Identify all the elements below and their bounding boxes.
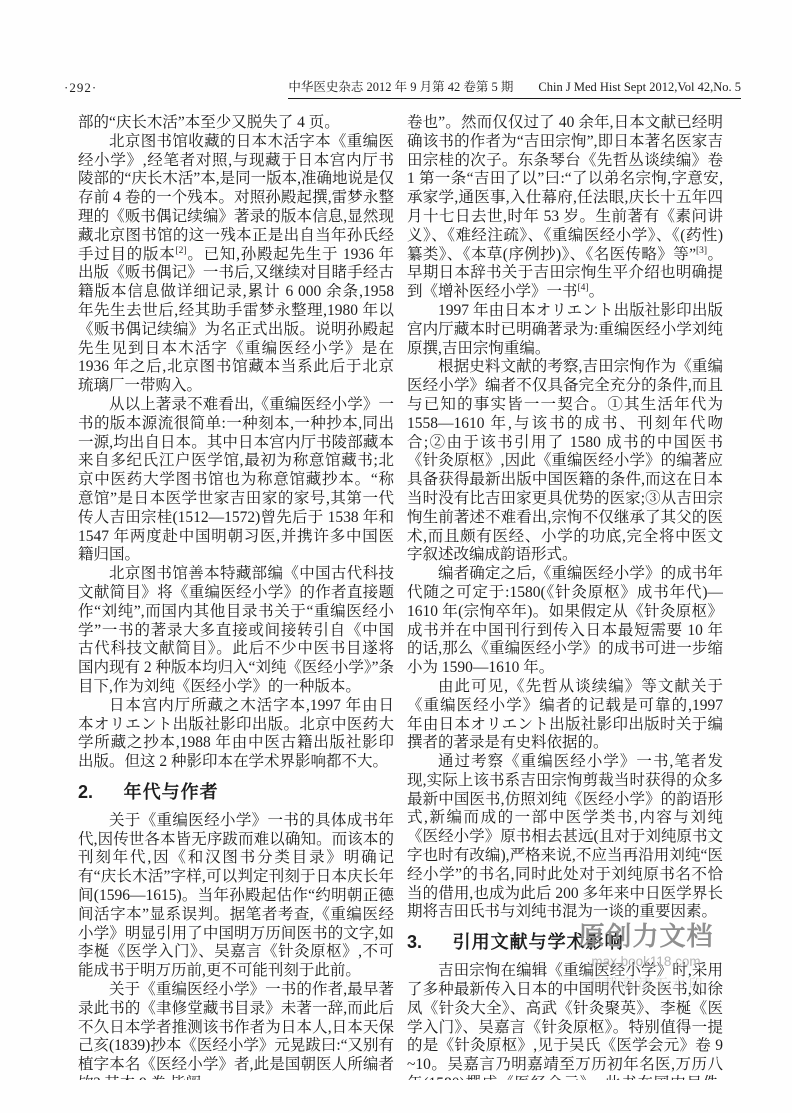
paragraph: 由此可见,《先哲从谈续编》等文献关于《重编医经小学》编者的记载是可靠的,1997…: [407, 678, 723, 753]
section-title: 引用文献与学术影响: [453, 932, 624, 952]
right-column: 卷也”。然而仅仅过了 40 余年,日本文献已经明确该书的作者为“吉田宗恂”,即日…: [407, 114, 723, 1080]
paragraph: 北京图书馆善本特藏部编《中国古代科技文献简目》将《重编医经小学》的作者直接题作“…: [78, 565, 394, 697]
journal-citation: 中华医史杂志 2012 年 9 月第 42 卷第 5 期 Chin J Med …: [288, 77, 741, 99]
reference-marker: [3]: [696, 245, 707, 255]
section-title: 年代与作者: [124, 782, 219, 802]
paragraph: 北京图书馆收藏的日本木活字本《重编医经小学》,经笔者对照,与现藏于日本宫内厅书陵…: [78, 133, 394, 396]
paragraph: 关于《重编医经小学》一书的作者,最早著录此书的《聿修堂藏书目录》未著一辞,而此后…: [78, 981, 394, 1080]
section-heading-2: 2.年代与作者: [78, 781, 394, 803]
paragraph-text: 卷也”。然而仅仅过了 40 余年,日本文献已经明确该书的作者为“吉田宗恂”,即日…: [407, 114, 723, 263]
section-number: 2.: [78, 782, 93, 802]
paragraph: 卷也”。然而仅仅过了 40 余年,日本文献已经明确该书的作者为“吉田宗恂”,即日…: [407, 114, 723, 302]
paragraph: 部的“庆长木活”本至少又脱失了 4 页。: [78, 114, 394, 133]
paragraph: 日本宫内厅所藏之木活字本,1997 年由日本オリエント出版社影印出版。北京中医药…: [78, 697, 394, 772]
section-heading-3: 3.引用文献与学术影响: [407, 931, 723, 953]
paragraph-text: 。已知,孙殿起先生于 1936 年出版《贩书偶记》一书后,又继续对目睹手经古籍版…: [78, 246, 394, 395]
left-column: 部的“庆长木活”本至少又脱失了 4 页。 北京图书馆收藏的日本木活字本《重编医经…: [78, 114, 394, 1080]
paragraph: 吉田宗恂在编辑《重编医经小学》时,采用了多种最新传入日本的中国明代针灸医书,如徐…: [407, 962, 723, 1080]
journal-page-scan: ·292· 中华医史杂志 2012 年 9 月第 42 卷第 5 期 Chin …: [0, 0, 792, 1113]
page-number: ·292·: [64, 80, 97, 96]
reference-marker: [4]: [578, 283, 589, 293]
paragraph-text: 。: [589, 283, 605, 300]
article-body: 部的“庆长木活”本至少又脱失了 4 页。 北京图书馆收藏的日本木活字本《重编医经…: [78, 114, 724, 1080]
paragraph: 关于《重编医经小学》一书的具体成书年代,因传世各本皆无序跋而难以确知。而该本的刊…: [78, 812, 394, 981]
paragraph: 通过考察《重编医经小学》一书,笔者发现,实际上该书系吉田宗恂剪裁当时获得的众多最…: [407, 753, 723, 922]
paragraph-text: 北京图书馆收藏的日本木活字本《重编医经小学》,经笔者对照,与现藏于日本宫内厅书陵…: [78, 133, 394, 263]
section-number: 3.: [407, 932, 422, 952]
paragraph: 1997 年由日本オリエント出版社影印出版宫内厅藏本时已明确著录为:重编医经小学…: [407, 302, 723, 358]
paragraph: 从以上著录不难看出,《重编医经小学》一书的版本源流很简单:一种刻本,一种抄本,同…: [78, 396, 394, 565]
paragraph: 编者确定之后,《重编医经小学》的成书年代随之可定于:1580(《针灸原枢》成书年…: [407, 565, 723, 678]
paragraph: 根据史料文献的考察,吉田宗恂作为《重编医经小学》编者不仅具备完全充分的条件,而且…: [407, 358, 723, 565]
reference-marker: [2]: [176, 245, 187, 255]
